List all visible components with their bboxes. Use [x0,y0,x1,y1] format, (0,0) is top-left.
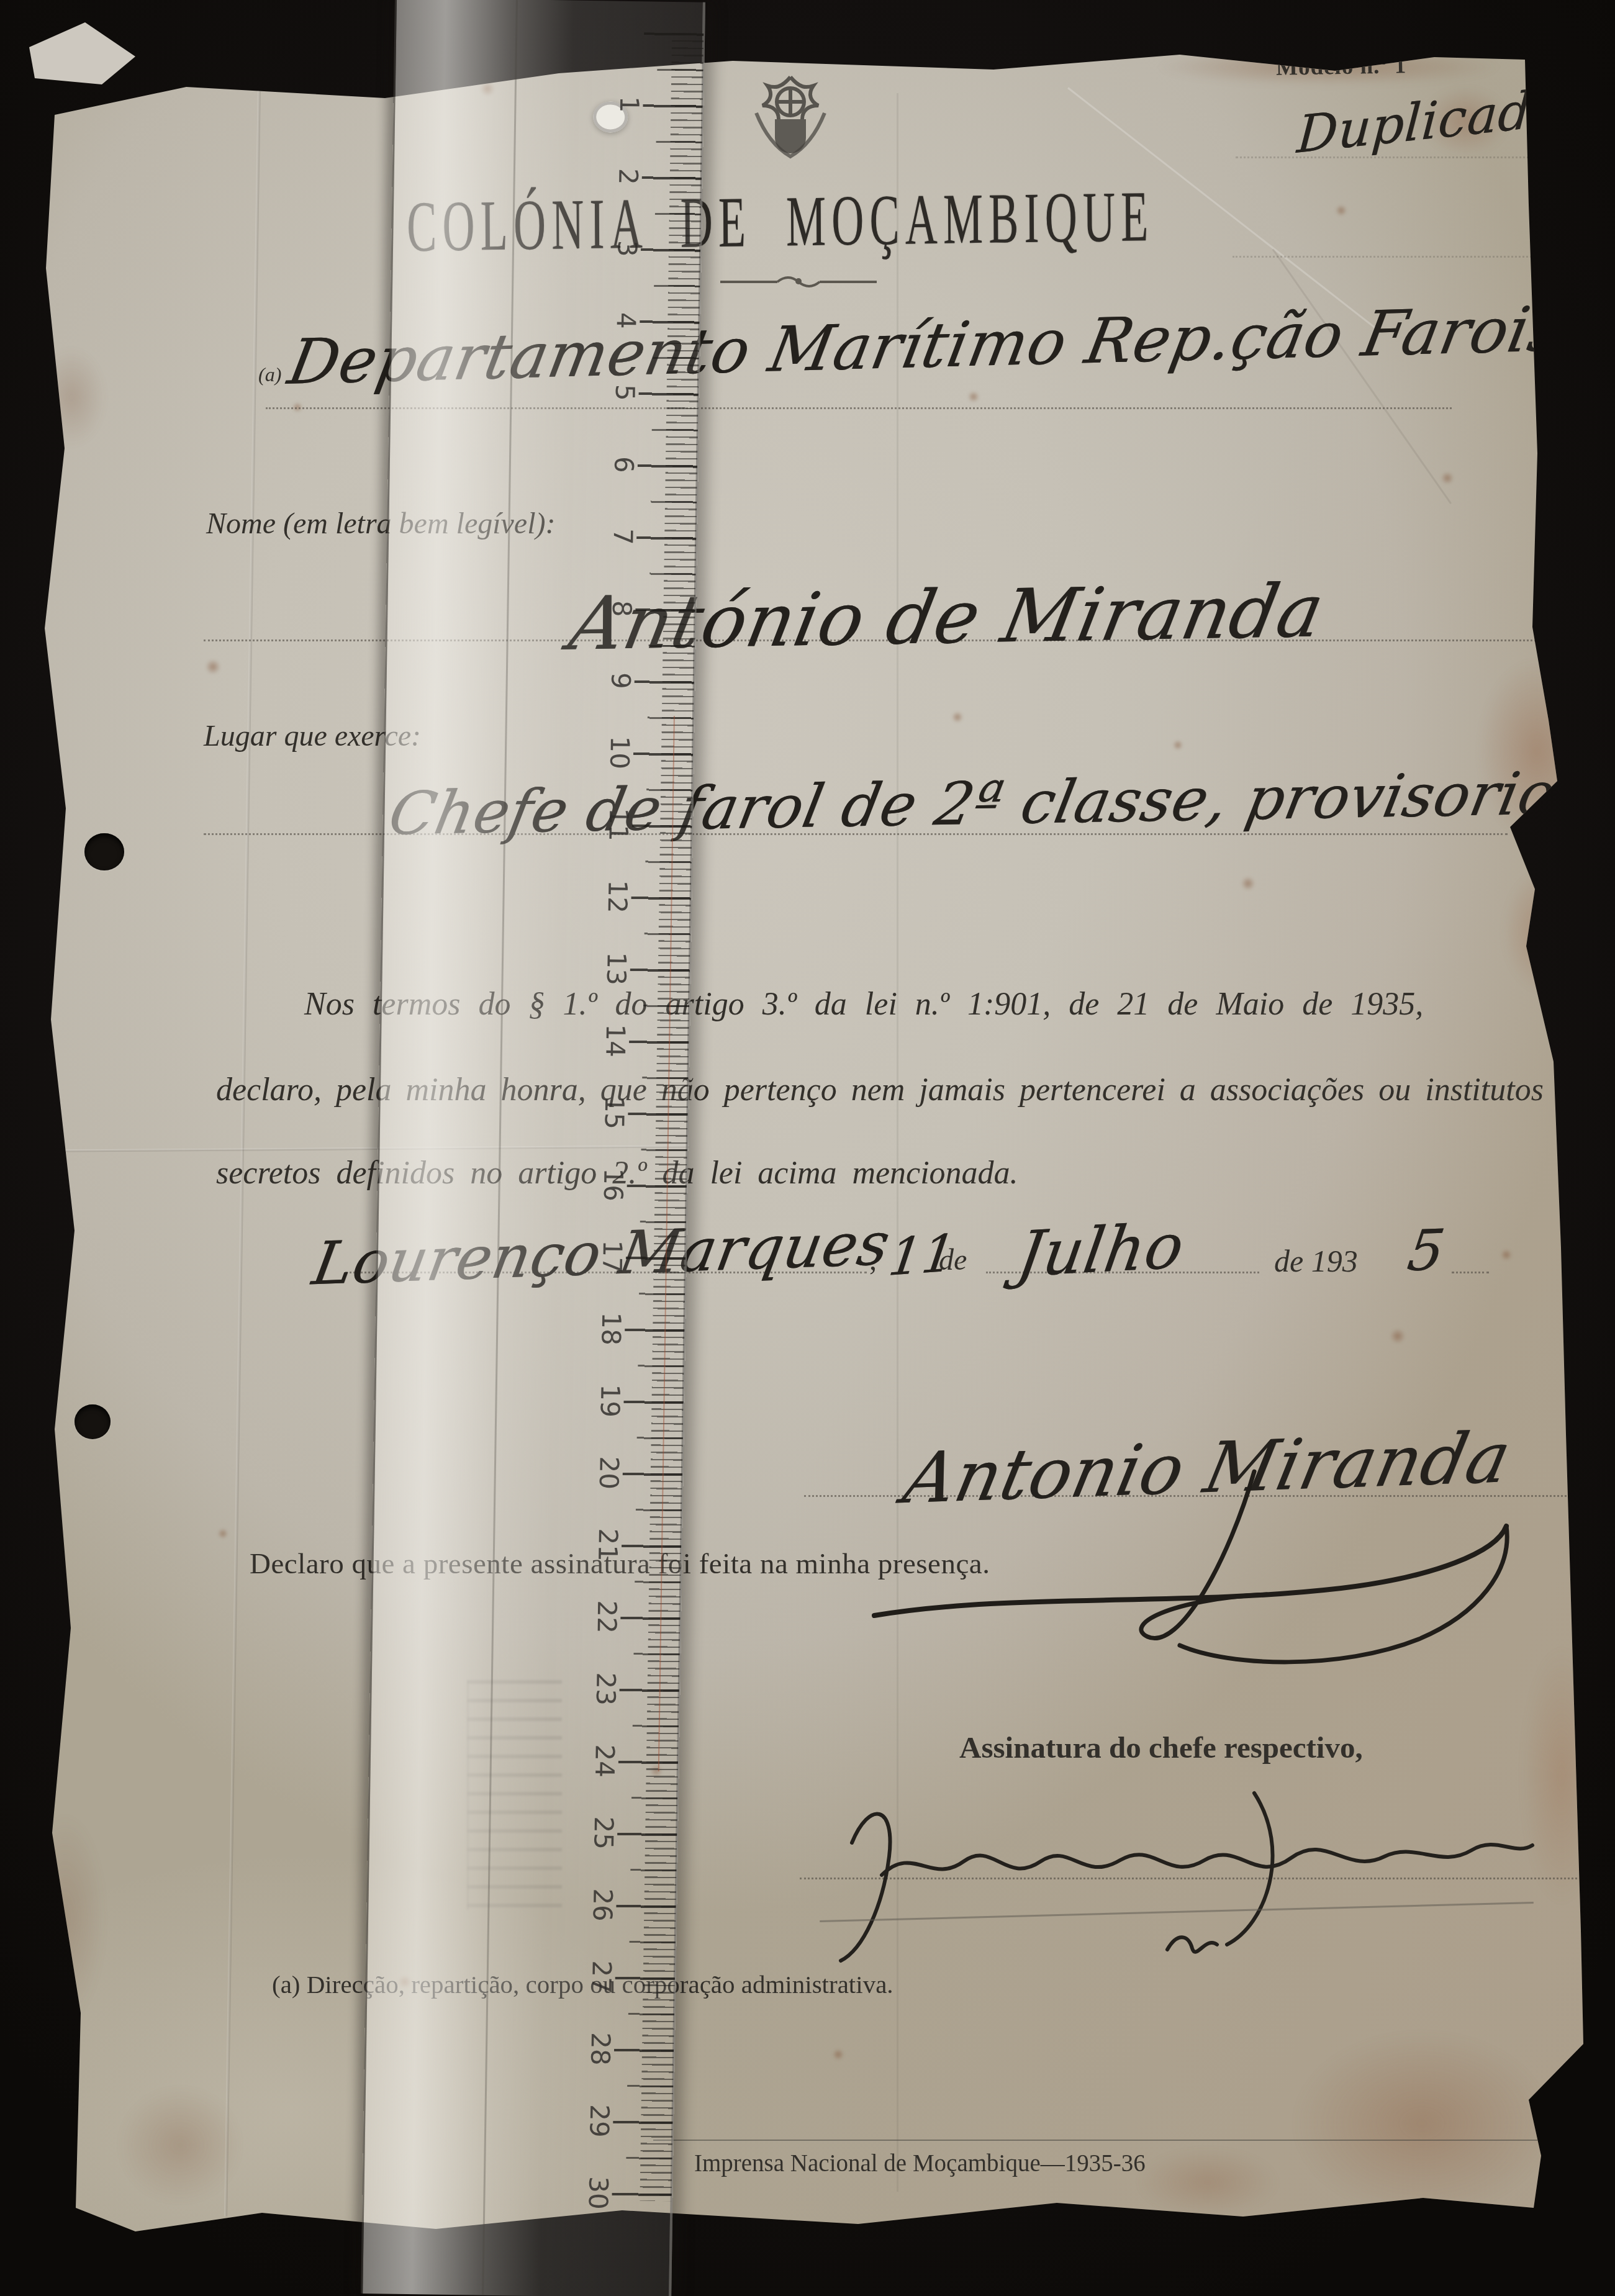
stain [1441,472,1454,484]
ruler-number: 16 [598,1165,629,1205]
stain [1241,877,1255,890]
model-number-label: Modêlo n.º 1 [1276,52,1407,81]
chief-signature-scrawl [820,1763,1552,1968]
ruler-number: 10 [604,733,635,773]
ruler-number: 25 [588,1813,619,1853]
ruler-number: 4 [610,301,641,341]
ruler-number: 27 [586,1957,617,1997]
ruler-number: 18 [595,1309,627,1349]
ruler-number: 23 [590,1669,622,1709]
ruler-number: 12 [602,877,633,917]
ruler-number: 3 [612,228,643,269]
ruler-numbers: 1234567891011121314151617181920212223242… [361,0,705,2296]
stain [1136,2148,1279,2217]
stain [1503,869,1583,993]
stain [967,391,980,402]
ruler-number: 8 [606,589,637,629]
ruler-number: 1 [614,84,645,125]
ruler-number: 19 [595,1381,626,1421]
ruler-number: 17 [597,1237,628,1277]
month-field-value: Julho [1013,1209,1189,1291]
year-digit-value: 5 [1404,1218,1449,1285]
ruler-number: 13 [601,949,632,989]
ruler-number: 28 [585,2029,616,2069]
stain [118,2086,242,2204]
year-prefix-label: de 193 [1274,1243,1358,1279]
stain [1500,1249,1513,1260]
stain [832,2049,844,2060]
ruler-number: 2 [613,156,644,197]
ruler-number: 6 [608,445,640,485]
stain [1390,1329,1406,1344]
title-ornament [718,273,879,289]
duplicate-note-handwriting: Duplicado [1295,78,1565,165]
ruler-number: 30 [583,2173,614,2213]
ruler-overlay: 1234567891011121314151617181920212223242… [361,0,705,2296]
chief-signature-label: Assinatura do chefe respectivo, [959,1730,1363,1765]
punch-hole [75,1404,111,1439]
wrinkle [1272,249,1452,504]
stain [1292,2030,1552,2217]
year-field-line [1452,1272,1489,1273]
ruler-number: 21 [592,1525,623,1565]
ruler-number: 20 [594,1453,625,1493]
punch-hole [84,833,124,870]
ruler-number: 29 [584,2101,615,2141]
department-marker: (a) [258,363,281,386]
stain [205,659,221,674]
fold-crease [224,87,261,2217]
header-dotted-rule [1233,256,1543,258]
ruler-number: 22 [591,1597,622,1637]
ruler-number: 24 [589,1741,620,1781]
paper-sheet: Modêlo n.º 1 Duplicado COLÓNIA DE MOÇAMB… [0,0,1615,2296]
coat-of-arms [738,70,843,168]
stain [25,1813,106,2024]
ruler-number: 11 [603,805,634,845]
header-dotted-rule [1236,156,1534,158]
document-photo: Modêlo n.º 1 Duplicado COLÓNIA DE MOÇAMB… [0,0,1615,2296]
imprint-rule [653,2140,1585,2141]
ruler-number: 15 [599,1093,630,1133]
ruler-number: 14 [600,1021,631,1061]
torn-paper-fragment [24,22,135,84]
stain [37,348,106,447]
ruler-number: 9 [605,661,636,701]
imprint: Imprensa Nacional de Moçambique—1935-36 [694,2149,1146,2177]
date-comma: , [869,1243,877,1277]
ruler-number: 26 [587,1885,618,1925]
ruler-number: 7 [607,517,638,557]
ruler-number: 5 [610,373,641,413]
stain [1172,740,1183,750]
stain [1335,205,1347,216]
date-of-label: de [939,1243,967,1277]
stain [951,712,964,723]
stain [217,1529,228,1539]
